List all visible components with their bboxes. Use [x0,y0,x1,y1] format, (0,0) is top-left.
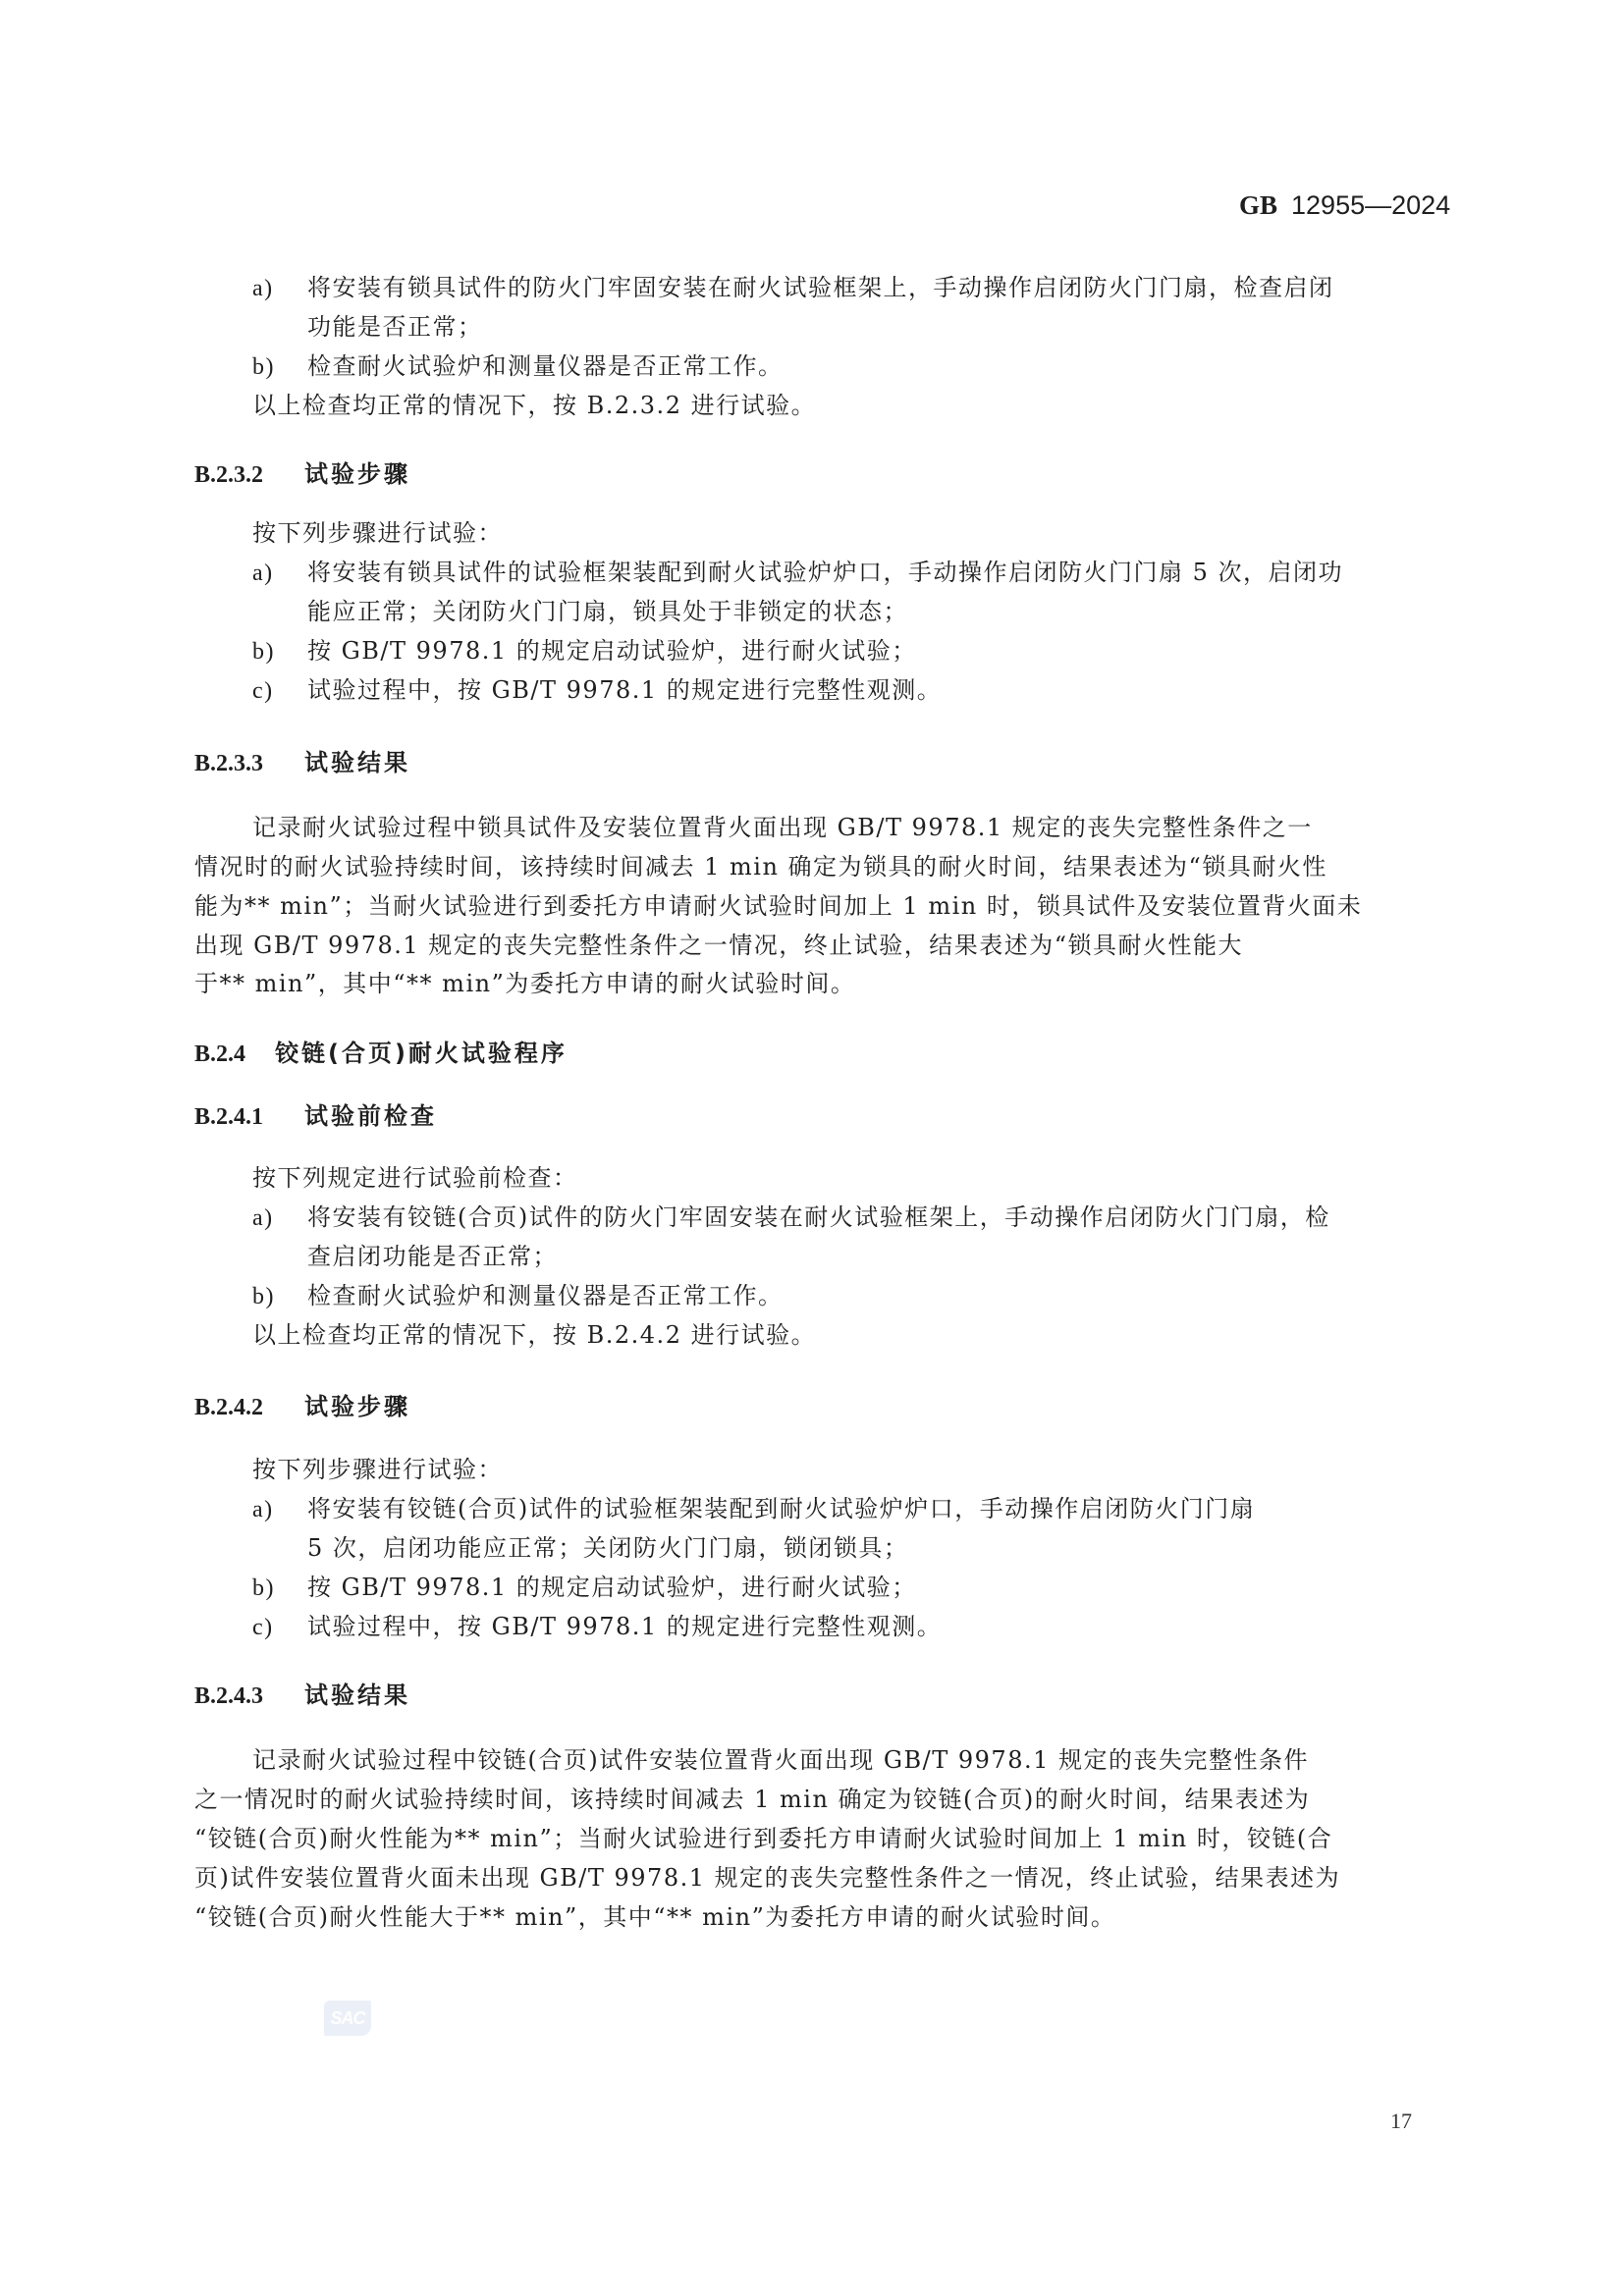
section-title: 试验结果 [304,1682,410,1709]
list-item-a: a)将安装有铰链(合页)试件的试验框架装配到耐火试验炉炉口，手动操作启闭防火门门… [252,1494,1255,1524]
list-text: 试验过程中，按 GB/T 9978.1 的规定进行完整性观测。 [307,676,942,704]
list-marker: a) [252,559,307,588]
list-item-c: c)试验过程中，按 GB/T 9978.1 的规定进行完整性观测。 [252,675,942,706]
closing-sentence: 以上检查均正常的情况下，按 B.2.4.2 进行试验。 [252,1320,816,1350]
list-item-continuation: 查启闭功能是否正常； [307,1242,558,1271]
section-number: B.2.4 [194,1040,275,1069]
document-page: GB12955—2024 a)将安装有锁具试件的防火门牢固安装在耐火试验框架上，… [0,0,1624,2296]
paragraph-line: 出现 GB/T 9978.1 规定的丧失完整性条件之一情况，终止试验，结果表述为… [194,931,1243,960]
section-title: 试验前检查 [304,1102,437,1130]
section-number: B.2.4.3 [194,1682,304,1711]
section-heading: B.2.4.3试验结果 [194,1681,410,1711]
standard-number: 12955—2024 [1291,190,1450,220]
list-marker: c) [252,676,307,706]
intro-sentence: 按下列步骤进行试验： [252,1455,503,1484]
paragraph-line: “铰链(合页)耐火性能为** min”；当耐火试验进行到委托方申请耐火试验时间加… [194,1824,1332,1853]
section-number: B.2.4.2 [194,1393,304,1422]
section-heading: B.2.3.3试验结果 [194,748,410,778]
list-item-continuation: 功能是否正常； [307,312,483,342]
page-number: 17 [1390,2109,1412,2134]
section-title: 试验步骤 [304,1393,410,1420]
list-item-b: b)按 GB/T 9978.1 的规定启动试验炉，进行耐火试验； [252,1573,917,1603]
list-item-b: b)按 GB/T 9978.1 的规定启动试验炉，进行耐火试验； [252,636,917,667]
list-text: 将安装有铰链(合页)试件的防火门牢固安装在耐火试验框架上，手动操作启闭防火门门扇… [307,1203,1330,1231]
section-heading: B.2.3.2试验步骤 [194,459,410,490]
paragraph-line: 于** min”，其中“** min”为委托方申请的耐火试验时间。 [194,969,855,998]
paragraph-line: 情况时的耐火试验持续时间，该持续时间减去 1 min 确定为锁具的耐火时间，结果… [194,852,1327,881]
list-text: 将安装有铰链(合页)试件的试验框架装配到耐火试验炉炉口，手动操作启闭防火门门扇 [307,1495,1255,1522]
list-item-continuation: 能应正常；关闭防火门门扇，锁具处于非锁定的状态； [307,597,908,626]
list-text: 检查耐火试验炉和测量仪器是否正常工作。 [307,1282,784,1309]
standard-prefix: GB [1239,190,1277,220]
paragraph-line: 能为** min”；当耐火试验进行到委托方申请耐火试验时间加上 1 min 时，… [194,891,1362,921]
paragraph-line: 记录耐火试验过程中铰链(合页)试件安装位置背火面出现 GB/T 9978.1 规… [252,1745,1309,1775]
list-marker: b) [252,637,307,667]
section-heading: B.2.4.1试验前检查 [194,1101,437,1132]
list-item-a: a)将安装有锁具试件的试验框架装配到耐火试验炉炉口，手动操作启闭防火门门扇 5 … [252,558,1343,588]
list-item-a: a)将安装有铰链(合页)试件的防火门牢固安装在耐火试验框架上，手动操作启闭防火门… [252,1202,1330,1233]
paragraph-line: 记录耐火试验过程中锁具试件及安装位置背火面出现 GB/T 9978.1 规定的丧… [252,813,1313,842]
list-item-continuation: 5 次，启闭功能应正常；关闭防火门门扇，锁闭锁具； [307,1533,908,1563]
intro-sentence: 按下列步骤进行试验： [252,518,503,548]
intro-sentence: 按下列规定进行试验前检查： [252,1163,578,1193]
sac-watermark-logo: SAC [324,2001,371,2036]
list-item-b: b)检查耐火试验炉和测量仪器是否正常工作。 [252,1281,784,1311]
paragraph-line: 页)试件安装位置背火面未出现 GB/T 9978.1 规定的丧失完整性条件之一情… [194,1863,1340,1893]
section-title: 试验结果 [304,749,410,776]
list-marker: a) [252,1495,307,1524]
list-marker: b) [252,352,307,382]
section-heading: B.2.4铰链(合页)耐火试验程序 [194,1039,568,1069]
list-marker: a) [252,274,307,303]
list-text: 试验过程中，按 GB/T 9978.1 的规定进行完整性观测。 [307,1613,942,1640]
list-item-c: c)试验过程中，按 GB/T 9978.1 的规定进行完整性观测。 [252,1612,942,1642]
list-item-a: a)将安装有锁具试件的防火门牢固安装在耐火试验框架上，手动操作启闭防火门门扇，检… [252,273,1334,303]
list-marker: c) [252,1613,307,1642]
closing-sentence: 以上检查均正常的情况下，按 B.2.3.2 进行试验。 [252,391,816,420]
list-text: 检查耐火试验炉和测量仪器是否正常工作。 [307,352,784,380]
list-marker: a) [252,1203,307,1233]
list-text: 按 GB/T 9978.1 的规定启动试验炉，进行耐火试验； [307,637,917,665]
section-number: B.2.3.3 [194,749,304,778]
list-marker: b) [252,1574,307,1603]
list-text: 按 GB/T 9978.1 的规定启动试验炉，进行耐火试验； [307,1574,917,1601]
section-heading: B.2.4.2试验步骤 [194,1392,410,1422]
paragraph-line: “铰链(合页)耐火性能大于** min”，其中“** min”为委托方申请的耐火… [194,1902,1115,1932]
list-text: 将安装有锁具试件的防火门牢固安装在耐火试验框架上，手动操作启闭防火门门扇，检查启… [307,274,1334,301]
standard-code-header: GB12955—2024 [1239,190,1450,221]
section-title: 铰链(合页)耐火试验程序 [275,1040,568,1067]
list-item-b: b)检查耐火试验炉和测量仪器是否正常工作。 [252,351,784,382]
list-text: 将安装有锁具试件的试验框架装配到耐火试验炉炉口，手动操作启闭防火门门扇 5 次，… [307,559,1343,586]
paragraph-line: 之一情况时的耐火试验持续时间，该持续时间减去 1 min 确定为铰链(合页)的耐… [194,1785,1310,1814]
list-marker: b) [252,1282,307,1311]
section-title: 试验步骤 [304,460,410,488]
section-number: B.2.4.1 [194,1102,304,1132]
section-number: B.2.3.2 [194,460,304,490]
